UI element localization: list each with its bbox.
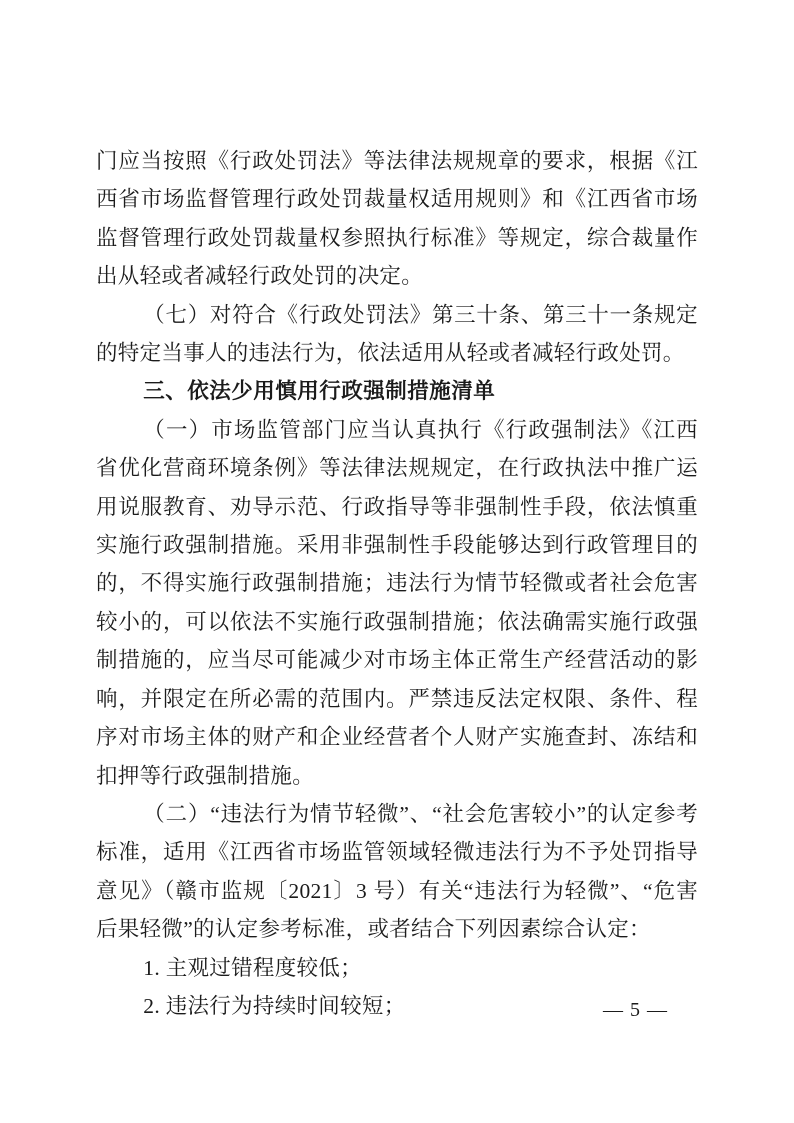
paragraph-item-seven: （七）对符合《行政处罚法》第三十条、第三十一条规定的特定当事人的违法行为，依法适…	[96, 296, 698, 373]
section-heading-three: 三、依法少用慎用行政强制措施清单	[96, 372, 698, 410]
paragraph-item-one: （一）市场监管部门应当认真执行《行政强制法》《江西省优化营商环境条例》等法律法规…	[96, 411, 698, 795]
page-number: — 5 —	[603, 999, 668, 1022]
document-body: 门应当按照《行政处罚法》等法律法规规章的要求，根据《江西省市场监督管理行政处罚裁…	[96, 142, 698, 1025]
document-page: 门应当按照《行政处罚法》等法律法规规章的要求，根据《江西省市场监督管理行政处罚裁…	[0, 0, 794, 1123]
paragraph-item-two: （二）“违法行为情节轻微”、“社会危害较小”的认定参考标准，适用《江西省市场监管…	[96, 795, 698, 949]
paragraph-continuation: 门应当按照《行政处罚法》等法律法规规章的要求，根据《江西省市场监督管理行政处罚裁…	[96, 142, 698, 296]
list-item-1: 1. 主观过错程度较低；	[96, 949, 698, 987]
